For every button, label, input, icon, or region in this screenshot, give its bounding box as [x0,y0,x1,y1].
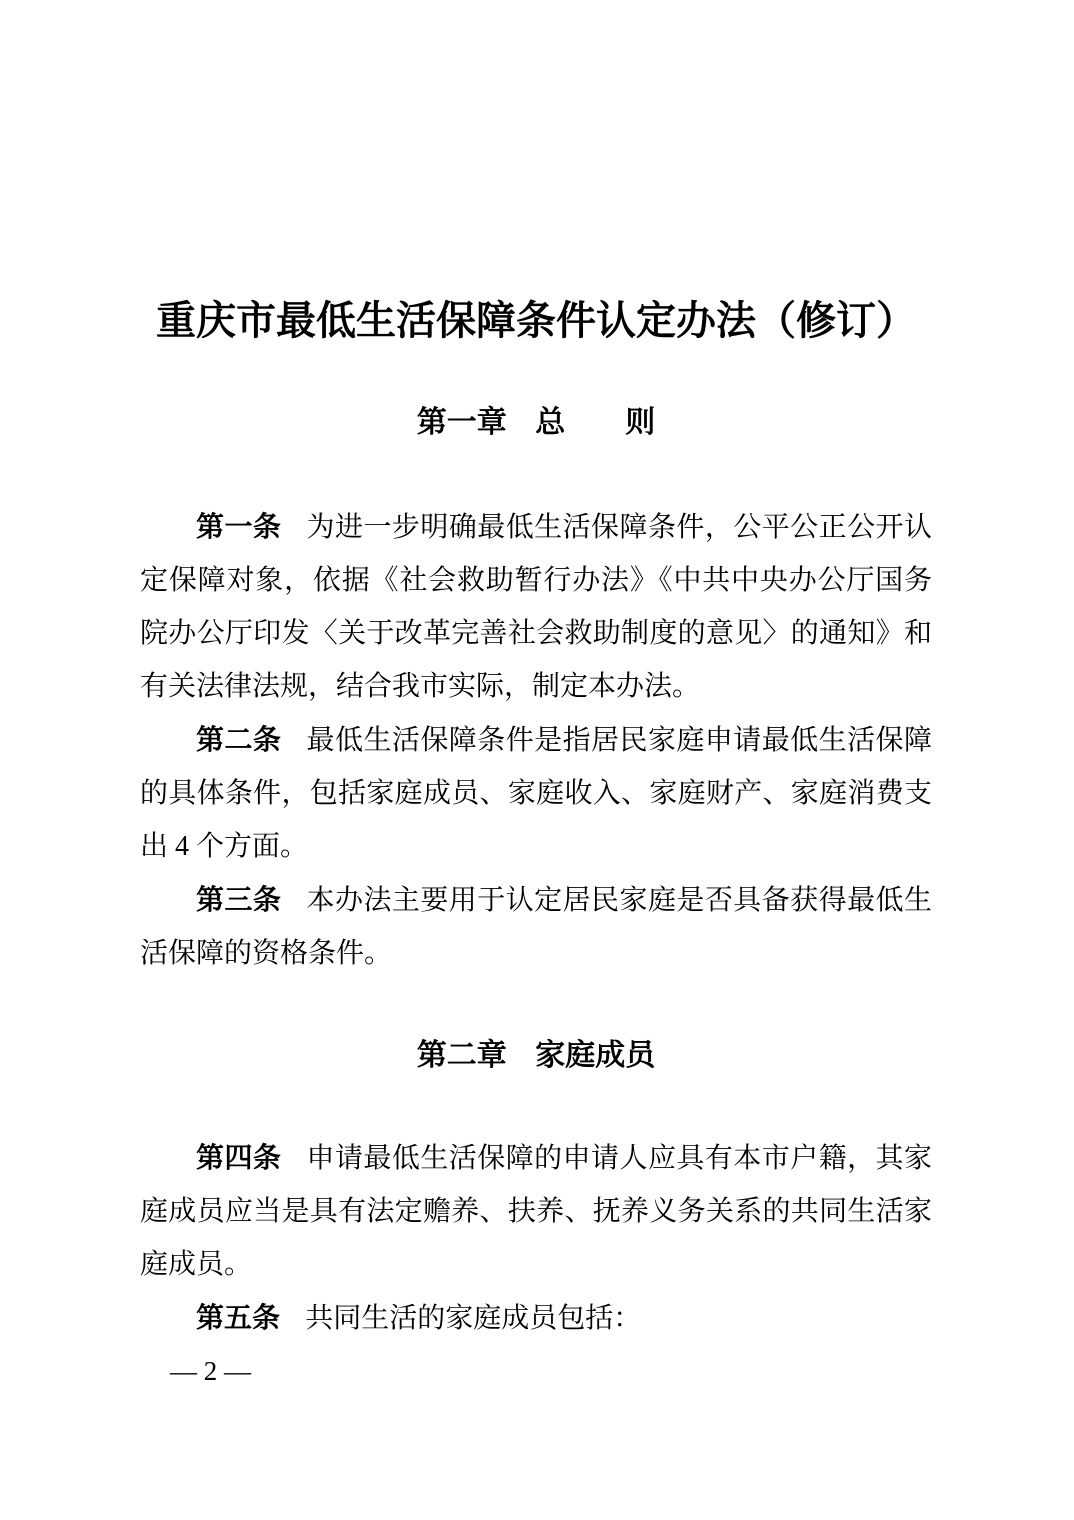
article-5-text: 共同生活的家庭成员包括： [305,1303,641,1334]
article-4-label: 第四条 [196,1142,281,1173]
chapter-2-number: 第二章 [417,1039,507,1072]
chapter-1-heading: 第一章总 则 [140,404,932,442]
page-number: — 2 — [170,1356,251,1386]
chapter-2-heading: 第二章家庭成员 [140,1037,932,1075]
article-4: 第四条申请最低生活保障的申请人应具有本市户籍，其家庭成员应当是具有法定赡养、扶养… [140,1131,932,1291]
chapter-1-title: 总 则 [535,406,655,439]
article-5-label: 第五条 [196,1302,280,1333]
chapter-2-body: 第四条申请最低生活保障的申请人应具有本市户籍，其家庭成员应当是具有法定赡养、扶养… [140,1131,932,1345]
chapter-1-number: 第一章 [417,406,507,439]
article-5: 第五条共同生活的家庭成员包括： [140,1291,932,1345]
article-3: 第三条本办法主要用于认定居民家庭是否具备获得最低生活保障的资格条件。 [140,873,932,980]
article-1: 第一条为进一步明确最低生活保障条件，公平公正公开认定保障对象，依据《社会救助暂行… [140,500,932,713]
article-3-label: 第三条 [196,884,281,915]
document-title: 重庆市最低生活保障条件认定办法（修订） [140,0,932,346]
article-2-label: 第二条 [196,724,281,755]
chapter-2-title: 家庭成员 [535,1039,655,1072]
document-page: 重庆市最低生活保障条件认定办法（修订） 第一章总 则 第一条为进一步明确最低生活… [0,0,1074,1520]
article-1-label: 第一条 [196,511,281,542]
article-2: 第二条最低生活保障条件是指居民家庭申请最低生活保障的具体条件，包括家庭成员、家庭… [140,713,932,873]
page-footer: — 2 — [170,1358,932,1384]
chapter-1-body: 第一条为进一步明确最低生活保障条件，公平公正公开认定保障对象，依据《社会救助暂行… [140,500,932,980]
document-content: 重庆市最低生活保障条件认定办法（修订） 第一章总 则 第一条为进一步明确最低生活… [140,0,932,1384]
